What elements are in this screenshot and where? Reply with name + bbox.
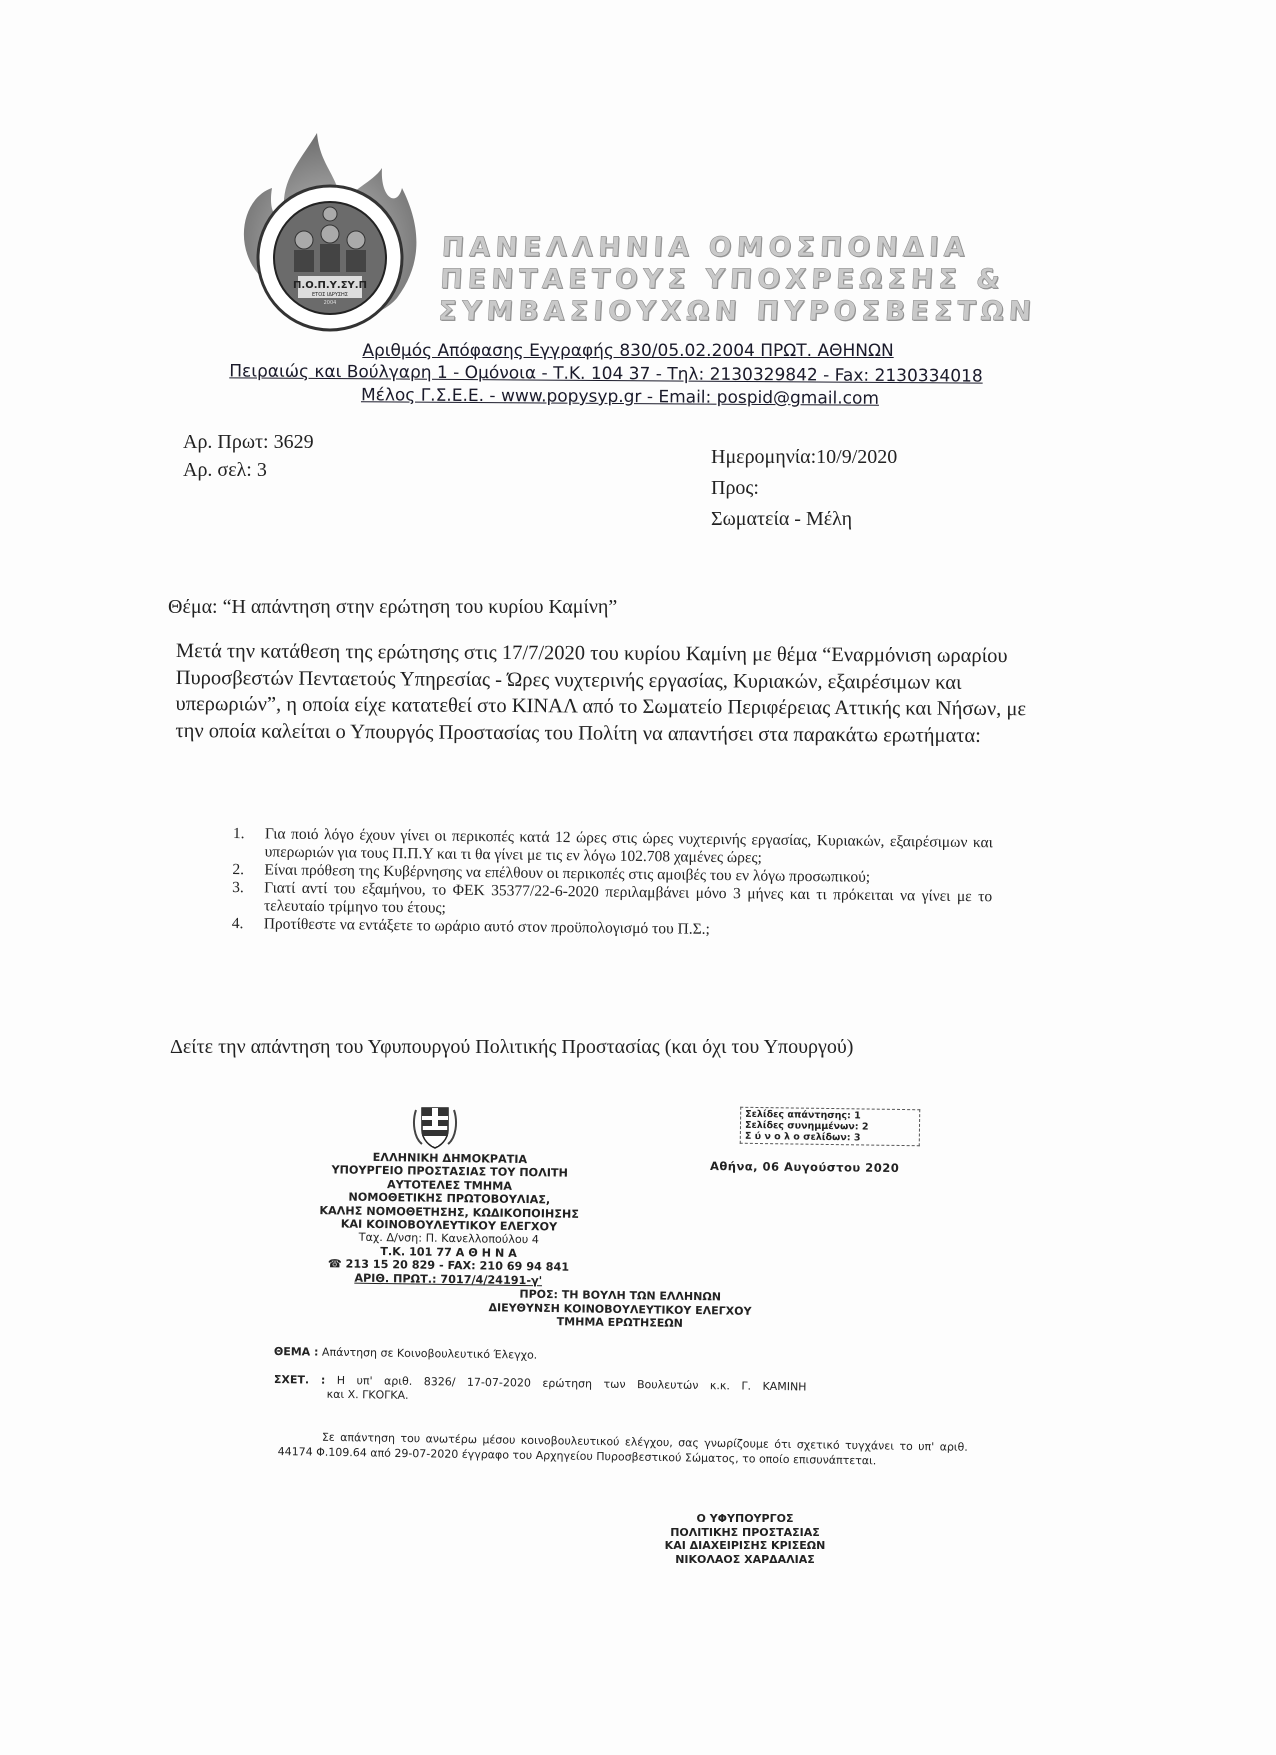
telephone-icon: ☎ [328, 1258, 346, 1271]
union-seal-logo-icon: Π.Ο.Π.Υ.ΣΥ.Π ΕΤΟΣ ΙΔΡΥΣΗΣ 2004 [222, 128, 432, 338]
thema-label: ΘΕΜΑ : [274, 1345, 319, 1359]
reply-text: Σε απάντηση του ανωτέρω μέσου κοινοβουλε… [278, 1431, 968, 1467]
page-count: Αρ. σελ: 3 [183, 456, 314, 484]
document-meta-left: Αρ. Πρωτ: 3629 Αρ. σελ: 3 [183, 428, 314, 484]
org-title-line: ΠΕΝΤΑΕΤΟΥΣ ΥΠΟΧΡΕΩΣΗΣ & [439, 264, 1061, 296]
greek-coat-of-arms-icon [410, 1104, 460, 1150]
svg-text:ΕΤΟΣ ΙΔΡΥΣΗΣ: ΕΤΟΣ ΙΔΡΥΣΗΣ [312, 292, 348, 298]
question-number: 1. [233, 825, 245, 843]
subject-line: Θέμα: “Η απάντηση στην ερώτηση του κυρίο… [168, 596, 617, 619]
ministry-reference: ΣΧΕΤ. : Η υπ' αριθ. 8326/ 17-07-2020 ερώ… [274, 1373, 964, 1411]
protocol-number: Αρ. Πρωτ: 3629 [183, 428, 314, 456]
question-number: 3. [232, 879, 244, 897]
thema-text: Απάντηση σε Κοινοβουλευτικό Έλεγχο. [322, 1346, 537, 1362]
recipients: Σωματεία - Μέλη [711, 504, 897, 535]
signature-block: Ο ΥΦΥΠΟΥΡΓΟΣ ΠΟΛΙΤΙΚΗΣ ΠΡΟΣΤΑΣΙΑΣ ΚΑΙ ΔΙ… [640, 1512, 850, 1566]
body-paragraph: Μετά την κατάθεση της ερώτησης στις 17/7… [175, 638, 1046, 749]
pages-count-box: Σελίδες απάντησης: 1 Σελίδες συνημμένων:… [740, 1107, 920, 1147]
document-meta-right: Ημερομηνία:10/9/2020 Προς: Σωματεία - Μέ… [711, 442, 897, 535]
org-title-line: ΣΥΜΒΑΣΙΟΥΧΩΝ ΠΥΡΟΣΒΕΣΤΩΝ [437, 296, 1059, 328]
contact-line: Μέλος Γ.Σ.Ε.Ε. - www.popysyp.gr - Email:… [240, 383, 1000, 411]
ministry-date: Αθήνα, 06 Αυγούστου 2020 [710, 1159, 899, 1175]
question-number: 2. [232, 861, 244, 879]
question-number: 4. [232, 915, 244, 933]
sxet-label: ΣΧΕΤ. : [274, 1373, 326, 1387]
registration-number: Αριθμός Απόφασης Εγγραφής 830/05.02.2004… [248, 340, 1008, 363]
org-title: ΠΑΝΕΛΛΗΝΙΑ ΟΜΟΣΠΟΝΔΙΑ ΠΕΝΤΑΕΤΟΥΣ ΥΠΟΧΡΕΩ… [437, 232, 1062, 328]
ministry-subject: ΘΕΜΑ : Απάντηση σε Κοινοβουλευτικό Έλεγχ… [274, 1345, 537, 1362]
svg-text:Π.Ο.Π.Υ.ΣΥ.Π: Π.Ο.Π.Υ.ΣΥ.Π [293, 280, 367, 291]
signatory-name: ΝΙΚΟΛΑΟΣ ΧΑΡΔΑΛΙΑΣ [640, 1553, 850, 1567]
ministry-reply-paragraph: Σε απάντηση του ανωτέρω μέσου κοινοβουλε… [278, 1430, 968, 1470]
org-title-line: ΠΑΝΕΛΛΗΝΙΑ ΟΜΟΣΠΟΝΔΙΑ [441, 232, 1063, 264]
pages-box-line: Σ ύ ν ο λ ο σελίδων: 3 [745, 1131, 915, 1144]
questions-list: 1. Για ποιό λόγο έχουν γίνει οι περικοπέ… [232, 825, 993, 942]
signature-line: Ο ΥΦΥΠΟΥΡΓΟΣ [640, 1512, 850, 1526]
letterhead-info: Αριθμός Απόφασης Εγγραφής 830/05.02.2004… [240, 340, 1000, 409]
signature-line: ΚΑΙ ΔΙΑΧΕΙΡΙΣΗΣ ΚΡΙΣΕΩΝ [640, 1539, 850, 1553]
document-date: Ημερομηνία:10/9/2020 [711, 442, 897, 473]
signature-line: ΠΟΛΙΤΙΚΗΣ ΠΡΟΣΤΑΣΙΑΣ [640, 1526, 850, 1540]
ministry-header: ΕΛΛΗΝΙΚΗ ΔΗΜΟΚΡΑΤΙΑ ΥΠΟΥΡΓΕΙΟ ΠΡΟΣΤΑΣΙΑΣ… [258, 1149, 640, 1288]
ministry-recipient: ΠΡΟΣ: ΤΗ ΒΟΥΛΗ ΤΩΝ ΕΛΛΗΝΩΝ ΔΙΕΥΘΥΝΣΗ ΚΟΙ… [380, 1286, 861, 1333]
to-label: Προς: [711, 473, 897, 504]
question-text: Για ποιό λόγο έχουν γίνει οι περικοπές κ… [265, 825, 993, 866]
see-answer-note: Δείτε την απάντηση του Υφυπουργού Πολιτι… [170, 1036, 853, 1059]
svg-text:2004: 2004 [324, 300, 337, 306]
